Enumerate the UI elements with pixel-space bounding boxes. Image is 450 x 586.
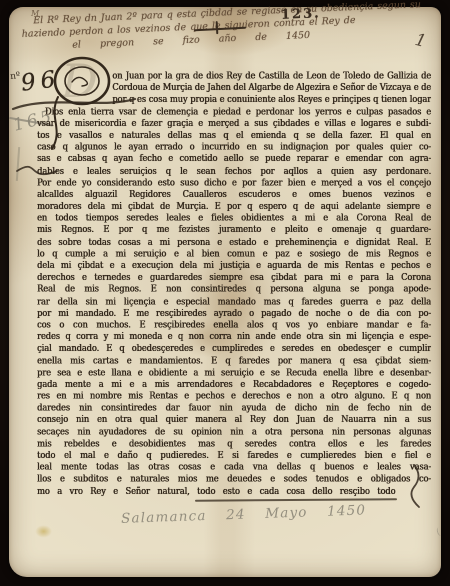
- manuscript-line: secaçes nin ayudadores de su opinion nin…: [37, 426, 431, 438]
- manuscript-line: Real de mis Regnos. E non consintiredes …: [37, 283, 431, 295]
- manuscript-line: mis rebeldes e desobidientes mas q sered…: [37, 438, 431, 450]
- manuscript-line: por mi mandado. E me resçibiredes ayrado…: [37, 307, 431, 319]
- manuscript-line: por q es cosa muy propia e conuiniente a…: [112, 94, 431, 106]
- manuscript-line: alcalldes alguazil Regidores Caualleros …: [37, 189, 431, 201]
- manuscript-line: on Juan por la gra de dios Rey de Castil…: [112, 70, 431, 82]
- manuscript-line: sas e cabsas q ayan fecho e cometido ael…: [37, 153, 431, 165]
- manuscript-line: dables e leales seruiçios q le sean fech…: [37, 165, 431, 177]
- manuscript-line: çial mandado. E q obedesçeredes e cumpli…: [37, 343, 431, 355]
- manuscript-line: vsar de misericordia e fazer graçia e me…: [37, 117, 431, 129]
- cross-horizontal-stroke: [194, 27, 246, 32]
- pencil-speck-mark: [436, 526, 444, 536]
- manuscript-line: llos e subditos e naturales mios me deue…: [37, 473, 431, 485]
- manuscript-line: Cordoua de Murçia de Jahen del Algarbe d…: [112, 82, 431, 94]
- manuscript-line: daredes nin consintiredes dar fauor nin …: [37, 402, 431, 414]
- manuscript-line: res en mi nombre mis Rentas e pechos e d…: [37, 390, 431, 402]
- cross-vertical-stroke: [216, 21, 219, 34]
- manuscript-line: dela mi çibdat e a execuçion dela mi jus…: [37, 260, 431, 272]
- manuscript-line: mo a vro Rey e Señor natural, todo esto …: [37, 485, 395, 497]
- manuscript-line: gada mente a mi e a mis arrendadores e R…: [37, 378, 431, 390]
- manuscript-line: Por ende yo considerando esto suso dicho…: [37, 177, 431, 189]
- manuscript-line: en todos tiempos seredes leales e fieles…: [37, 212, 431, 224]
- pencil-date-annotation: Salamanca 24 Mayo 1450: [121, 501, 401, 527]
- manuscript-line: pre sea e este llana e obidiente a mi se…: [37, 366, 431, 378]
- cross-dash-icon: [194, 20, 247, 37]
- manuscript-line: caso q algunos le ayan errado o incurrid…: [37, 141, 431, 153]
- manuscript-line: des sobre todas cosas a mi persona e est…: [37, 236, 431, 248]
- manuscript-line: cos o con muchos. E resçibiredes enella …: [37, 319, 431, 331]
- end-flourish-icon: [405, 463, 423, 511]
- manuscript-line: todo el mal e daño q pudieredes. E si fa…: [37, 449, 431, 461]
- manuscript-line: lo q cumple a mi seruiçio e al bien comu…: [37, 248, 431, 260]
- manuscript-line: redes q corra y mi moneda e q non corra …: [37, 331, 431, 343]
- manuscript-line: consejo nin en otra qual quier manera al…: [37, 414, 431, 426]
- manuscript-line: moradores dela mi çibdat de Murçia. E po…: [37, 200, 431, 212]
- manuscript-line: Dios enla tierra vsar de clemençia e pie…: [45, 106, 431, 118]
- parchment-sheet: M El Rº Rey dn Juan 2º para q esta çibda…: [9, 7, 441, 577]
- manuscript-line: derechos e ternedes e guardaredes siempr…: [37, 272, 431, 284]
- manuscript-line: rar della sin mi liçençia e especial man…: [37, 295, 431, 307]
- manuscript-scan: M El Rº Rey dn Juan 2º para q esta çibda…: [0, 0, 450, 586]
- manuscript-line: enella mis cartas e mandamientos. E q fa…: [37, 355, 431, 367]
- manuscript-line: mis Regnos. E por q me fezistes jurament…: [37, 224, 431, 236]
- folio-number: 123.: [281, 6, 321, 22]
- manuscript-line: leal mente todas las otras cosas e cada …: [37, 461, 431, 473]
- manuscript-line: tos e vasallos e naturales dellas mas q …: [37, 129, 431, 141]
- manuscript-body: on Juan por la gra de dios Rey de Castil…: [37, 70, 431, 497]
- final-line-underline: [195, 498, 397, 501]
